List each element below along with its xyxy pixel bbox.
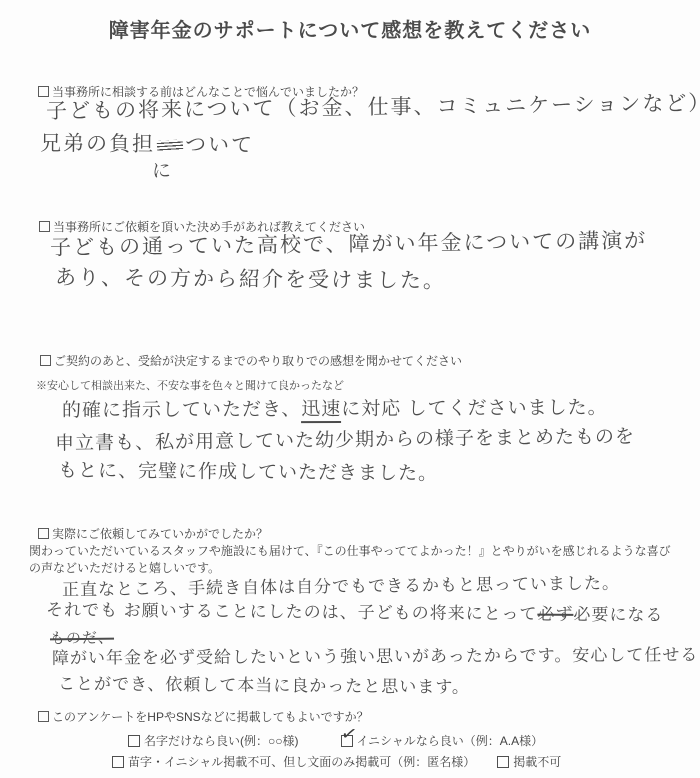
question-3-note: ※安心して相談出来た、不安な事を色々と聞けて良かったなど xyxy=(36,377,344,393)
option-anonymous-text-ok[interactable]: ✓苗字・イニシャル掲載不可、但し文面のみ掲載可（例：匿名様） xyxy=(112,753,475,770)
checkbox-icon xyxy=(38,711,49,722)
checkbox-icon xyxy=(39,221,50,232)
page-title: 障害年金のサポートについて感想を教えてください xyxy=(0,14,700,43)
question-3-text: ご契約のあと、受給が決定するまでのやり取りでの感想を聞かせてください xyxy=(54,354,462,368)
checkbox-icon[interactable]: ✓ xyxy=(497,756,509,768)
publish-options-row-1: ✓名字だけなら良い(例：○○様) ✓イニシャルなら良い（例：A.A様） xyxy=(128,732,543,749)
question-3-label: ご契約のあと、受給が決定するまでのやり取りでの感想を聞かせてください xyxy=(40,352,462,369)
checkbox-icon xyxy=(38,528,49,539)
answer-3-line-3: もとに、完璧に作成していただきました。 xyxy=(58,461,438,483)
answer-2-line-2: あり、その方から紹介を受けました。 xyxy=(55,267,446,291)
answer-2-line-1: 子どもの通っていた高校で、障がい年金についての講演が xyxy=(50,230,647,258)
struck-word: 必ず xyxy=(537,605,573,624)
question-4-desc-1: 関わっていただいているスタッフや施設にも届けて、『この仕事やっててよかった！』と… xyxy=(29,542,671,559)
answer-4-line-2: それでも お願いすることにしたのは、子どもの将来にとって必ず必要になる xyxy=(46,601,664,623)
underlined-word: 迅速 xyxy=(301,399,341,423)
question-4-label: 実際にご依頼してみていかがでしたか？ xyxy=(38,525,268,542)
answer-3-line-2: 申立書も、私が用意していた幼少期からの様子をまとめたものを xyxy=(55,427,635,453)
answer-4-line-1: 正直なところ、手続き自体は自分でもできるかもと思っていました。 xyxy=(62,575,620,599)
option-initial-ok[interactable]: ✓イニシャルなら良い（例：A.A様） xyxy=(341,732,544,749)
option-surname-ok[interactable]: ✓名字だけなら良い(例：○○様) xyxy=(128,732,299,749)
checkbox-icon[interactable]: ✓ xyxy=(112,756,124,768)
question-4-text: 実際にご依頼してみていかがでしたか？ xyxy=(52,527,268,541)
survey-page: 障害年金のサポートについて感想を教えてください 当事務所に相談する前はどんなこと… xyxy=(0,0,700,778)
checkbox-icon xyxy=(40,355,51,366)
checkbox-icon[interactable]: ✓ xyxy=(341,735,353,747)
answer-4-line-3: 障がい年金を必ず受給したいという強い思いがあったからです。安心して任せる xyxy=(52,646,698,666)
answer-4-struck-line: ものだ、 xyxy=(50,631,114,647)
answer-1-line-2: 兄弟の負担ついて xyxy=(40,133,254,156)
checkbox-icon[interactable]: ✓ xyxy=(128,735,140,747)
option-label: イニシャルなら良い（例：A.A様） xyxy=(357,732,544,749)
option-label: 掲載不可 xyxy=(513,753,561,770)
answer-4-line-4: ことができ、依頼して本当に良かったと思います。 xyxy=(58,675,470,696)
scribble-correction-icon xyxy=(157,139,184,152)
check-mark-icon: ✓ xyxy=(339,723,359,745)
option-label: 苗字・イニシャル掲載不可、但し文面のみ掲載可（例：匿名様） xyxy=(128,753,475,770)
answer-3-line-1: 的確に指示していただき、迅速に対応 してくださいました。 xyxy=(62,399,608,421)
question-2-text: 当事務所にご依頼を頂いた決め手があれば教えてください xyxy=(53,220,365,234)
question-5-label: このアンケートをHPやSNSなどに掲載してもよいですか？ xyxy=(38,708,369,725)
checkbox-icon xyxy=(38,86,49,97)
publish-options-row-2: ✓苗字・イニシャル掲載不可、但し文面のみ掲載可（例：匿名様） ✓掲載不可 xyxy=(112,753,561,770)
question-5-text: このアンケートをHPやSNSなどに掲載してもよいですか？ xyxy=(52,710,369,724)
option-no-publish[interactable]: ✓掲載不可 xyxy=(497,753,561,770)
option-label: 名字だけなら良い(例：○○様) xyxy=(144,732,299,749)
question-4-desc-2: の声などいただけると嬉しいです。 xyxy=(29,559,220,576)
answer-1-insertion: に xyxy=(152,162,172,181)
